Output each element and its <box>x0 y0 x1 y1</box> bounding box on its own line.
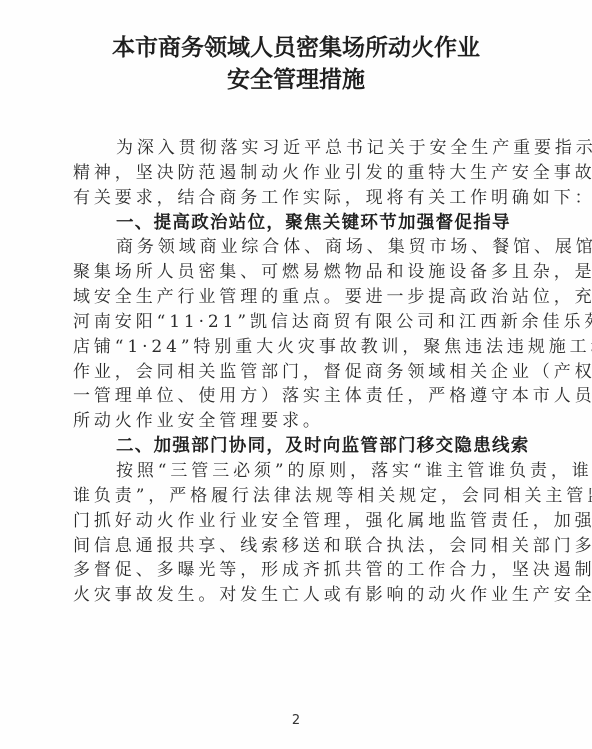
section-1-paragraph-line: 一管理单位、使用方）落实主体责任，严格遵守本市人员密集场 <box>73 384 519 409</box>
paragraph-intro-line: 为深入贯彻落实习近平总书记关于安全生产重要指示批示 <box>73 136 519 161</box>
section-2-paragraph-line: 门抓好动火作业行业安全管理，强化属地监管责任，加强部门之 <box>73 509 519 534</box>
section-heading-2: 二、加强部门协同，及时向监管部门移交隐患线索 <box>73 434 519 459</box>
section-2-paragraph-line: 火灾事故发生。对发生亡人或有影响的动火作业生产安全事故 <box>73 583 519 608</box>
document-body: 为深入贯彻落实习近平总书记关于安全生产重要指示批示 精神，坚决防范遏制动火作业引… <box>73 136 519 608</box>
document-page: 本市商务领域人员密集场所动火作业 安全管理措施 为深入贯彻落实习近平总书记关于安… <box>0 0 592 749</box>
section-1-paragraph-line: 店铺“1·24”特别重大火灾事故教训，聚焦违法违规施工动火 <box>73 335 519 360</box>
section-2-paragraph-line: 按照“三管三必须”的原则，落实“谁主管谁负责，谁监管 <box>73 459 519 484</box>
section-2-paragraph-line: 多督促、多曝光等，形成齐抓共管的工作合力，坚决遏制重特大 <box>73 558 519 583</box>
document-title-line-1: 本市商务领域人员密集场所动火作业 <box>0 32 592 64</box>
section-2-paragraph-line: 间信息通报共享、线索移送和联合执法，会同相关部门多约谈、 <box>73 534 519 559</box>
section-1-paragraph-line: 聚集场所人员密集、可燃易燃物品和设施设备多且杂，是商务领 <box>73 260 519 285</box>
paragraph-intro-line: 有关要求，结合商务工作实际，现将有关工作明确如下： <box>73 186 519 211</box>
document-title-line-2: 安全管理措施 <box>0 64 592 96</box>
section-1-paragraph-line: 域安全生产行业管理的重点。要进一步提高政治站位，充分吸取 <box>73 285 519 310</box>
page-number: 2 <box>0 713 592 728</box>
paragraph-intro-line: 精神，坚决防范遏制动火作业引发的重特大生产安全事故，根据 <box>73 161 519 186</box>
section-1-paragraph-line: 所动火作业安全管理要求。 <box>73 409 519 434</box>
section-2-paragraph-line: 谁负责”，严格履行法律法规等相关规定，会同相关主管监管部 <box>73 484 519 509</box>
section-1-paragraph-line: 商务领域商业综合体、商场、集贸市场、餐馆、展馆等公众 <box>73 235 519 260</box>
section-1-paragraph-line: 河南安阳“11·21”凯信达商贸有限公司和江西新余佳乐苑临街 <box>73 310 519 335</box>
section-heading-1: 一、提高政治站位，聚焦关键环节加强督促指导 <box>73 211 519 236</box>
section-1-paragraph-line: 作业，会同相关监管部门，督促商务领域相关企业（产权方、统 <box>73 360 519 385</box>
